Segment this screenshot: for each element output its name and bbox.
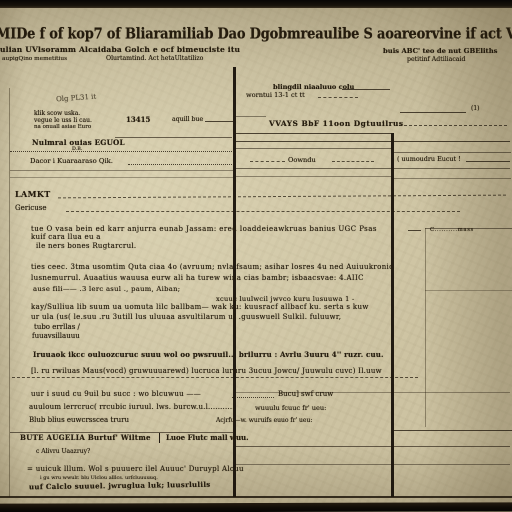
- row-rule: [394, 152, 511, 153]
- para3-line0: xcuuc luulwcil jwvco kuru lusuuwa 1 -: [216, 295, 355, 303]
- bottom-border-rule: [0, 496, 512, 498]
- sidebox-label: C..........mass: [430, 227, 474, 233]
- section-row3-value: Acjrfu—w. wuruifs euuo fr' ueu:: [216, 417, 312, 424]
- field-line: [466, 161, 510, 162]
- center-top-line2: worntui 13-1 ct tt: [246, 91, 305, 99]
- row2-label: Gericuse: [15, 204, 46, 212]
- para2-line2: lusnemurrul. Auaatius wauusa eurw ali ha…: [31, 274, 364, 282]
- section-row1-value: Bucu] swf cruw: [278, 390, 333, 398]
- address-line-1: klik scow uska.: [34, 110, 80, 117]
- field1-note: D.B.: [72, 147, 82, 152]
- para2-line1: ties ceec. 3tma usomtim Quta ciaa 4o (av…: [31, 263, 393, 271]
- row-rule: [394, 430, 512, 431]
- field1-label: Nulmral ouias EGUOL: [32, 138, 125, 147]
- footer-line3: uuf Calclo suuuel. jwruglua luk; luusrlu…: [29, 480, 211, 492]
- row-rule: [10, 170, 233, 171]
- row-rule: [236, 116, 266, 117]
- para1-line3: ile ners bones Rugtarcrul.: [36, 242, 136, 250]
- para2-line3: ause fili—— .3 lerc asul ., paum, Aiban;: [33, 285, 180, 293]
- footer-line1: = uuicuk lllum. Wol s puuuerc ilel Auuuc…: [27, 465, 244, 473]
- field-line: [400, 112, 466, 113]
- address-value: 13415: [126, 115, 150, 124]
- center-heading: VVAYS BbF 11oon Dgtuuilrus: [269, 119, 404, 128]
- field-line: [115, 137, 232, 138]
- field-line: [250, 161, 285, 162]
- field-line: [128, 164, 232, 165]
- row-rule: [236, 141, 510, 142]
- para3-line1: kay/Sulliua lib suum ua uomuta lilc ball…: [31, 303, 369, 311]
- para5-line: [l. ru rwiluas Maus(vocd) gruwuuuarewd) …: [31, 367, 382, 375]
- row-rule: [236, 133, 391, 134]
- field-line: [399, 125, 507, 126]
- sidebox-inner-rule: [425, 290, 512, 291]
- right-row-label: ( uumoudru Eucut !: [397, 155, 461, 163]
- org-name-line2b: Olurtamtind. Act hetaUltatilizo: [106, 55, 203, 62]
- org-name-line1: ulian UVlsoramm Alcaidaba Golch e ocf bi…: [0, 45, 240, 54]
- para1-line1: tue O vasa bein ed karr anjurra eunab Ja…: [31, 225, 377, 233]
- field-line: [332, 161, 374, 162]
- field-line: [318, 97, 358, 98]
- field-line: [232, 397, 274, 398]
- scanned-form-document: MIDe f of kop7 of Bliaramiliab Dao Dgobm…: [0, 0, 512, 512]
- sidebox-left-rule: [425, 228, 426, 427]
- vertical-divider-right: [391, 133, 394, 497]
- para1-line2: kuif cara llua eu a: [31, 233, 101, 241]
- row-rule: [236, 168, 510, 169]
- para4-line: Iruuaok ikcc ouluozcuruc suuu wol oo pws…: [33, 350, 384, 359]
- row-rule: [394, 178, 511, 179]
- address-value-label: aquill bue: [172, 116, 203, 123]
- para3-line4: fuuavsillauuu: [32, 332, 80, 340]
- para5-underline: [12, 377, 418, 378]
- org-name-line2a: aupigQino memetitius: [2, 56, 67, 62]
- row-rule: [236, 148, 391, 149]
- left-margin-rule: [9, 88, 10, 497]
- row-rule: [236, 446, 510, 447]
- field-line: [408, 230, 421, 231]
- form-title: MIDe f of kop7 of Bliaramiliab Dao Dgobm…: [0, 26, 512, 43]
- address-line-3: na onuall asiae Euro: [34, 124, 91, 130]
- field-line: [342, 89, 390, 90]
- para3-line2: ur ula (us( le.suu .ru 3utill lus uluuaa…: [31, 313, 341, 321]
- stamp-note: Olg PL31 it: [56, 93, 97, 104]
- ref-code-line2: petitinf Adtiliacaid: [407, 56, 465, 63]
- section-row1-label: uur i suud cu 9uil bu succ : wo blcuwuu …: [31, 390, 201, 398]
- para3-line3: tubo errllas /: [34, 323, 80, 331]
- address-line-2: vegue le uss li cau.: [34, 117, 92, 124]
- section-row3-label: Blub blius euwcrsscea truru: [29, 416, 129, 424]
- row-rule: [236, 176, 391, 177]
- field2-label: Dacor i Kuaraaraso Qik.: [30, 157, 113, 165]
- section-row2-label: auuloum lerrcruc( rrcubic iuruul. lws. b…: [29, 403, 235, 411]
- footer-separator-tick: [159, 433, 160, 443]
- row1-label: LAMKT: [15, 189, 51, 199]
- field-line: [10, 151, 232, 152]
- section-row2-value: wuuulu fcuuc fr' ueu:: [255, 404, 326, 412]
- row1-line: [58, 195, 506, 199]
- field-line: [205, 121, 233, 122]
- footer-note-right: Luoe Flutc mall wuu.: [166, 433, 249, 442]
- row-rule: [236, 464, 510, 465]
- row-rule: [10, 177, 233, 178]
- ref-mark: (1): [471, 105, 480, 112]
- footer-check-line: c Alivru Uaazruy?: [36, 448, 90, 455]
- center-row-label: Oowndu: [288, 156, 316, 164]
- row2-line: [66, 211, 460, 212]
- ref-code-line1: buis ABC' teo de nut GBEliths: [383, 47, 497, 55]
- footer-note-left: BUTE AUGELIA Burtuf' Wiltme: [20, 433, 151, 442]
